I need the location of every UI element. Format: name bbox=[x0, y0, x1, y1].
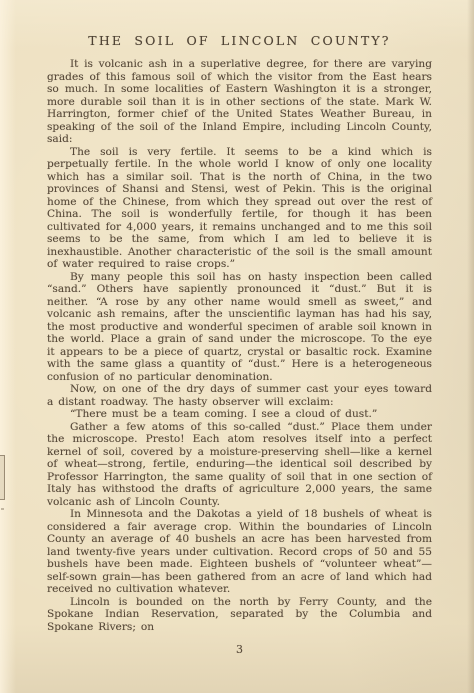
scan-artifact-fleck bbox=[1, 508, 4, 510]
paragraph-wheat-yields: In Minnesota and the Dakotas a yield of … bbox=[47, 508, 432, 596]
paragraph-intro: It is volcanic ash in a superlative degr… bbox=[47, 58, 432, 146]
page-title: THE SOIL OF LINCOLN COUNTY? bbox=[47, 33, 432, 48]
paragraph-harrington-quote: The soil is very fertile. It seems to be… bbox=[47, 146, 432, 271]
paragraph-sand-dust: By many people this soil has on hasty in… bbox=[47, 271, 432, 384]
paragraph-summer-day: Now, on one of the dry days of summer ca… bbox=[47, 383, 432, 408]
scanned-page: THE SOIL OF LINCOLN COUNTY? It is volcan… bbox=[0, 0, 474, 693]
page-number: 3 bbox=[47, 643, 432, 656]
scan-artifact-mark bbox=[0, 455, 5, 500]
paragraph-boundaries: Lincoln is bounded on the north by Ferry… bbox=[47, 596, 432, 634]
body-text: It is volcanic ash in a superlative degr… bbox=[47, 58, 432, 633]
paragraph-team-coming-quote: “There must be a team coming. I see a cl… bbox=[47, 408, 432, 421]
paragraph-microscope: Gather a few atoms of this so-called “du… bbox=[47, 421, 432, 509]
text-block: THE SOIL OF LINCOLN COUNTY? It is volcan… bbox=[47, 33, 432, 656]
